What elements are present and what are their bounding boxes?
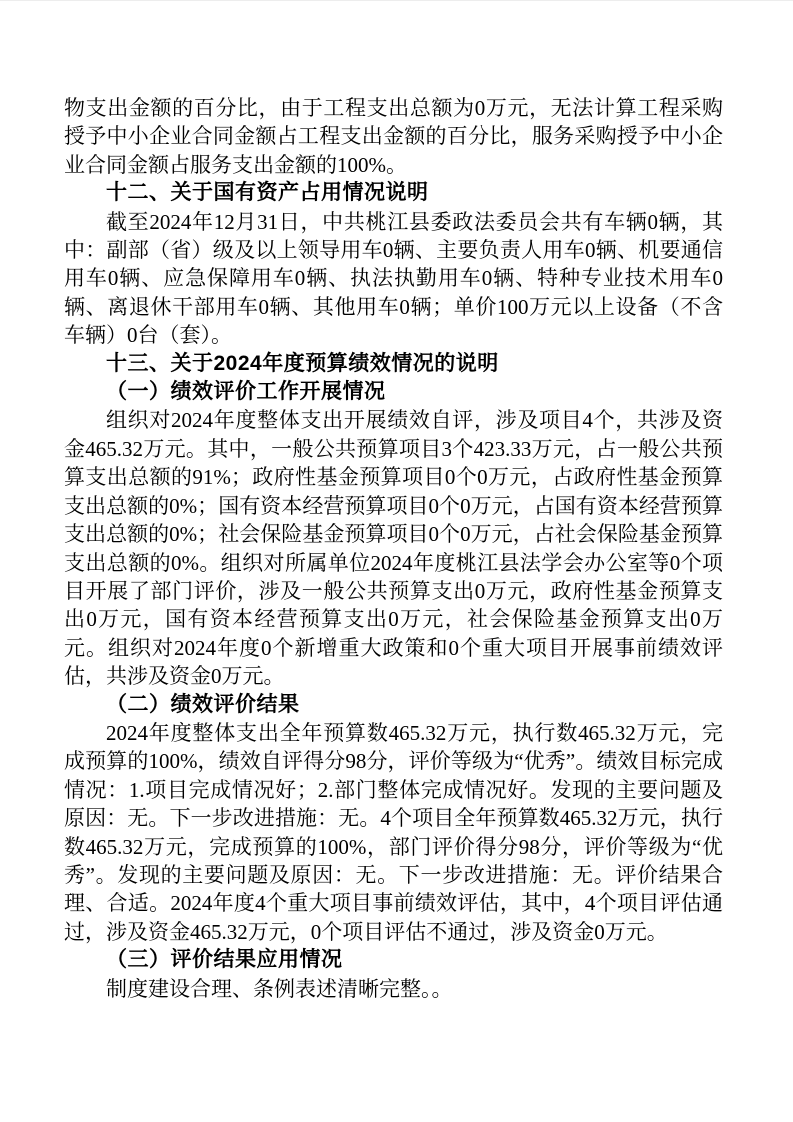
heading-section-13-budget-performance: 十三、关于2024年度预算绩效情况的说明 <box>64 350 723 378</box>
paragraph-evaluation-work-details: 组织对2024年度整体支出开展绩效自评，涉及项目4个，共涉及资金465.32万元… <box>64 406 723 690</box>
heading-section-12-state-assets: 十二、关于国有资产占用情况说明 <box>64 179 723 207</box>
heading-subsection-1-evaluation-work: （一）绩效评价工作开展情况 <box>64 378 723 406</box>
heading-subsection-3-results-application: （三）评价结果应用情况 <box>64 946 723 974</box>
paragraph-state-assets-occupancy: 截至2024年12月31日，中共桃江县委政法委员会共有车辆0辆，其中：副部（省）… <box>64 208 723 350</box>
paragraph-evaluation-results-details: 2024年度整体支出全年预算数465.32万元，执行数465.32万元，完成预算… <box>64 719 723 946</box>
document-page: 物支出金额的百分比，由于工程支出总额为0万元，无法计算工程采购授予中小企业合同金… <box>0 0 793 1122</box>
heading-subsection-2-evaluation-results: （二）绩效评价结果 <box>64 691 723 719</box>
paragraph-procurement-continued: 物支出金额的百分比，由于工程支出总额为0万元，无法计算工程采购授予中小企业合同金… <box>64 94 723 179</box>
document-content: 物支出金额的百分比，由于工程支出总额为0万元，无法计算工程采购授予中小企业合同金… <box>64 94 723 1003</box>
paragraph-results-application-details: 制度建设合理、条例表述清晰完整。。 <box>64 975 723 1003</box>
